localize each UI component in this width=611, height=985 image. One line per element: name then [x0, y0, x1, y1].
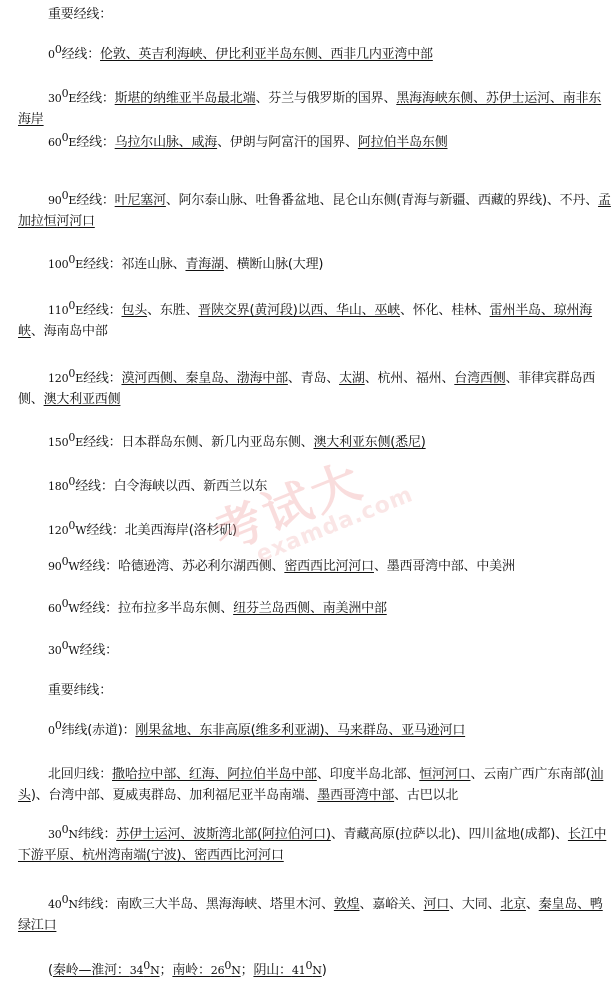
underlined-place: 台湾西侧	[454, 371, 505, 386]
place-text: 、东胜、	[147, 303, 198, 318]
line-type: 经线：	[76, 91, 114, 106]
underlined-place: 刚果盆地、东非高原(维多利亚湖)、马来群岛、亚马逊河口	[135, 723, 465, 738]
longitude-heading: 重要经线：	[18, 4, 611, 25]
line-type: 纬线：	[78, 827, 116, 842]
direction: E	[75, 372, 83, 385]
longitude-entry: 300W经线：	[18, 640, 611, 661]
mountain-latitude-note: (秦岭—淮河：340N；南岭：260N；阴山：410N)	[18, 960, 611, 981]
latitude-entry: 400N纬线：南欧三大半岛、黑海海峡、塔里木河、敦煌、嘉峪关、河口、大同、北京、…	[18, 894, 611, 936]
underlined-place: 太湖	[339, 371, 365, 386]
longitude-entry: 1100E经线：包头、东胜、晋陕交界(黄河段)以西、华山、巫峡、怀化、桂林、雷州…	[18, 300, 611, 342]
degree-value: 30	[48, 828, 62, 841]
place-text: 、青岛、	[288, 371, 339, 386]
line-type: 经线：	[76, 193, 114, 208]
place-text: 、伊朗与阿富汗的国界、	[217, 135, 358, 150]
longitude-entry: 1200W经线：北美西海岸(洛杉矶)	[18, 520, 611, 541]
line-type: 经线：	[62, 47, 100, 62]
longitude-entry: 900W经线：哈德逊湾、苏必利尔湖西侧、密西西比河河口、墨西哥湾中部、中美洲	[18, 556, 611, 577]
degree-value: 150	[48, 436, 68, 449]
underlined-place: 包头	[121, 303, 147, 318]
place-text: 南欧三大半岛、黑海海峡、塔里木河、	[116, 897, 334, 912]
place-text: 、杭州、福州、	[365, 371, 455, 386]
underlined-place: 澳大利亚西侧	[44, 392, 121, 407]
direction: E	[75, 258, 83, 271]
latitude-entry: 00纬线(赤道)：刚果盆地、东非高原(维多利亚湖)、马来群岛、亚马逊河口	[18, 720, 611, 741]
direction: N	[231, 964, 240, 977]
place-text: 日本群岛东侧、新几内亚岛东侧、	[121, 435, 313, 450]
underlined-place: 墨西哥湾中部	[317, 788, 394, 803]
place-text: 、印度半岛北部、	[317, 767, 419, 782]
underlined-place: 撒哈拉中部、红海、阿拉伯半岛中部	[112, 767, 317, 782]
separator: ；	[160, 963, 173, 978]
paren: )	[322, 963, 327, 978]
direction: N	[150, 964, 159, 977]
degree-value: 180	[48, 480, 68, 493]
underlined-place: 叶尼塞河	[115, 193, 166, 208]
underlined-place: 伦敦、英吉利海峡、伊比利亚半岛东侧、西非几内亚湾中部	[100, 47, 433, 62]
place-text: 、嘉峪关、	[359, 897, 423, 912]
underlined-place: 阿拉伯半岛东侧	[358, 135, 448, 150]
place-text: 、古巴以北	[394, 788, 458, 803]
place-text: 北美西海岸(洛杉矶)	[125, 523, 237, 538]
longitude-entry: 00经线：伦敦、英吉利海峡、伊比利亚半岛东侧、西非几内亚湾中部	[18, 44, 611, 65]
degree-value: 34	[130, 964, 144, 977]
latitude-entry: 北回归线：撒哈拉中部、红海、阿拉伯半岛中部、印度半岛北部、恒河河口、云南广西广东…	[18, 764, 611, 806]
underlined-place: 河口	[424, 897, 450, 912]
direction: N	[312, 964, 321, 977]
direction: N	[68, 898, 77, 911]
degree-value: 40	[48, 898, 62, 911]
degree-symbol: 0	[55, 719, 62, 732]
latitude-heading: 重要纬线：	[18, 680, 611, 701]
note-name: 秦岭—淮河：	[53, 963, 130, 978]
direction: E	[75, 436, 83, 449]
place-text: 、阿尔泰山脉、吐鲁番盆地、昆仑山东侧(青海与新疆、西藏的界线)、不丹、	[166, 193, 598, 208]
note-item: 秦岭—淮河：340N	[53, 963, 160, 978]
separator: ；	[241, 963, 254, 978]
longitude-entry: 600E经线：乌拉尔山脉、咸海、伊朗与阿富汗的国界、阿拉伯半岛东侧	[18, 132, 611, 153]
underlined-place: 密西西比河河口	[284, 559, 374, 574]
direction: W	[68, 560, 79, 573]
degree-value: 120	[48, 372, 68, 385]
place-text: 、云南广西广东南部(	[470, 767, 590, 782]
underlined-place: 恒河河口	[419, 767, 470, 782]
underlined-place: 纽芬兰岛西侧、南美洲中部	[233, 601, 387, 616]
longitude-entry: 1000E经线：祁连山脉、青海湖、横断山脉(大理)	[18, 254, 611, 275]
heading-text: 重要纬线：	[48, 683, 112, 698]
underlined-place: 斯堪的纳维亚半岛最北端	[115, 91, 256, 106]
longitude-entry: 1200E经线：漠河西侧、秦皇岛、渤海中部、青岛、太湖、杭州、福州、台湾西侧、菲…	[18, 368, 611, 410]
place-text: 、怀化、桂林、	[400, 303, 490, 318]
direction: W	[68, 602, 79, 615]
degree-value: 90	[48, 560, 62, 573]
direction: E	[75, 304, 83, 317]
watermark-logo-text: 考试大	[202, 442, 373, 564]
degree-value: 110	[48, 304, 68, 317]
direction: W	[68, 644, 79, 657]
place-text: )、台湾中部、夏威夷群岛、加利福尼亚半岛南端、	[31, 788, 317, 803]
note-name: 阴山：	[253, 963, 291, 978]
underlined-place: 乌拉尔山脉、咸海	[115, 135, 217, 150]
direction: W	[75, 524, 86, 537]
degree-value: 26	[211, 964, 225, 977]
line-label: 北回归线：	[48, 767, 112, 782]
place-text: 、墨西哥湾中部、中美洲	[374, 559, 515, 574]
degree-value: 41	[292, 964, 306, 977]
place-text: 、青藏高原(拉萨以北)、四川盆地(成都)、	[331, 827, 568, 842]
line-type: 经线：	[76, 135, 114, 150]
direction: N	[68, 828, 77, 841]
underlined-place: 北京	[500, 897, 526, 912]
line-type: 经线：	[83, 257, 121, 272]
line-type: 纬线：	[78, 897, 116, 912]
degree-symbol: 0	[55, 43, 62, 56]
degree-value: 90	[48, 194, 62, 207]
line-type: 经线：	[80, 601, 118, 616]
note-item: 阴山：410N	[253, 963, 321, 978]
underlined-place: 漠河西侧、秦皇岛、渤海中部	[121, 371, 287, 386]
place-text: 、海南岛中部	[31, 324, 108, 339]
degree-value: 60	[48, 136, 62, 149]
place-text: 白令海峡以西、新西兰以东	[114, 479, 268, 494]
note-item: 南岭：260N	[172, 963, 240, 978]
place-text: 祁连山脉、	[121, 257, 185, 272]
place-text: 、芬兰与俄罗斯的国界、	[255, 91, 396, 106]
longitude-entry: 300E经线：斯堪的纳维亚半岛最北端、芬兰与俄罗斯的国界、黑海海峡东侧、苏伊士运…	[18, 88, 611, 130]
longitude-entry: 900E经线：叶尼塞河、阿尔泰山脉、吐鲁番盆地、昆仑山东侧(青海与新疆、西藏的界…	[18, 190, 611, 232]
degree-value: 60	[48, 602, 62, 615]
underlined-place: 晋陕交界(黄河段)以西、华山、巫峡	[198, 303, 400, 318]
degree-value: 0	[48, 48, 55, 61]
underlined-place: 澳大利亚东侧(悉尼)	[313, 435, 425, 450]
longitude-entry: 1500E经线：日本群岛东侧、新几内亚岛东侧、澳大利亚东侧(悉尼)	[18, 432, 611, 453]
degree-value: 30	[48, 92, 62, 105]
line-type: 经线：	[83, 435, 121, 450]
line-type: 经线：	[83, 303, 121, 318]
degree-value: 0	[48, 724, 55, 737]
note-name: 南岭：	[172, 963, 210, 978]
heading-text: 重要经线：	[48, 7, 112, 22]
degree-value: 120	[48, 524, 68, 537]
longitude-entry: 600W经线：拉布拉多半岛东侧、纽芬兰岛西侧、南美洲中部	[18, 598, 611, 619]
place-text: 、大同、	[449, 897, 500, 912]
line-type: 经线：	[80, 643, 118, 658]
line-type: 纬线(赤道)：	[62, 723, 136, 738]
underlined-place: 青海湖	[185, 257, 223, 272]
underlined-place: 敦煌	[334, 897, 360, 912]
line-type: 经线：	[75, 479, 113, 494]
latitude-entry: 300N纬线：苏伊士运河、波斯湾北部(阿拉伯河口)、青藏高原(拉萨以北)、四川盆…	[18, 824, 611, 866]
degree-value: 30	[48, 644, 62, 657]
place-text: 、	[526, 897, 539, 912]
underlined-place: 苏伊士运河、波斯湾北部(阿拉伯河口)	[116, 827, 331, 842]
line-type: 经线：	[86, 523, 124, 538]
line-type: 经线：	[83, 371, 121, 386]
place-text: 哈德逊湾、苏必利尔湖西侧、	[118, 559, 284, 574]
place-text: 拉布拉多半岛东侧、	[118, 601, 233, 616]
line-type: 经线：	[80, 559, 118, 574]
degree-value: 100	[48, 258, 68, 271]
longitude-entry: 1800经线：白令海峡以西、新西兰以东	[18, 476, 611, 497]
place-text: 、横断山脉(大理)	[224, 257, 323, 272]
